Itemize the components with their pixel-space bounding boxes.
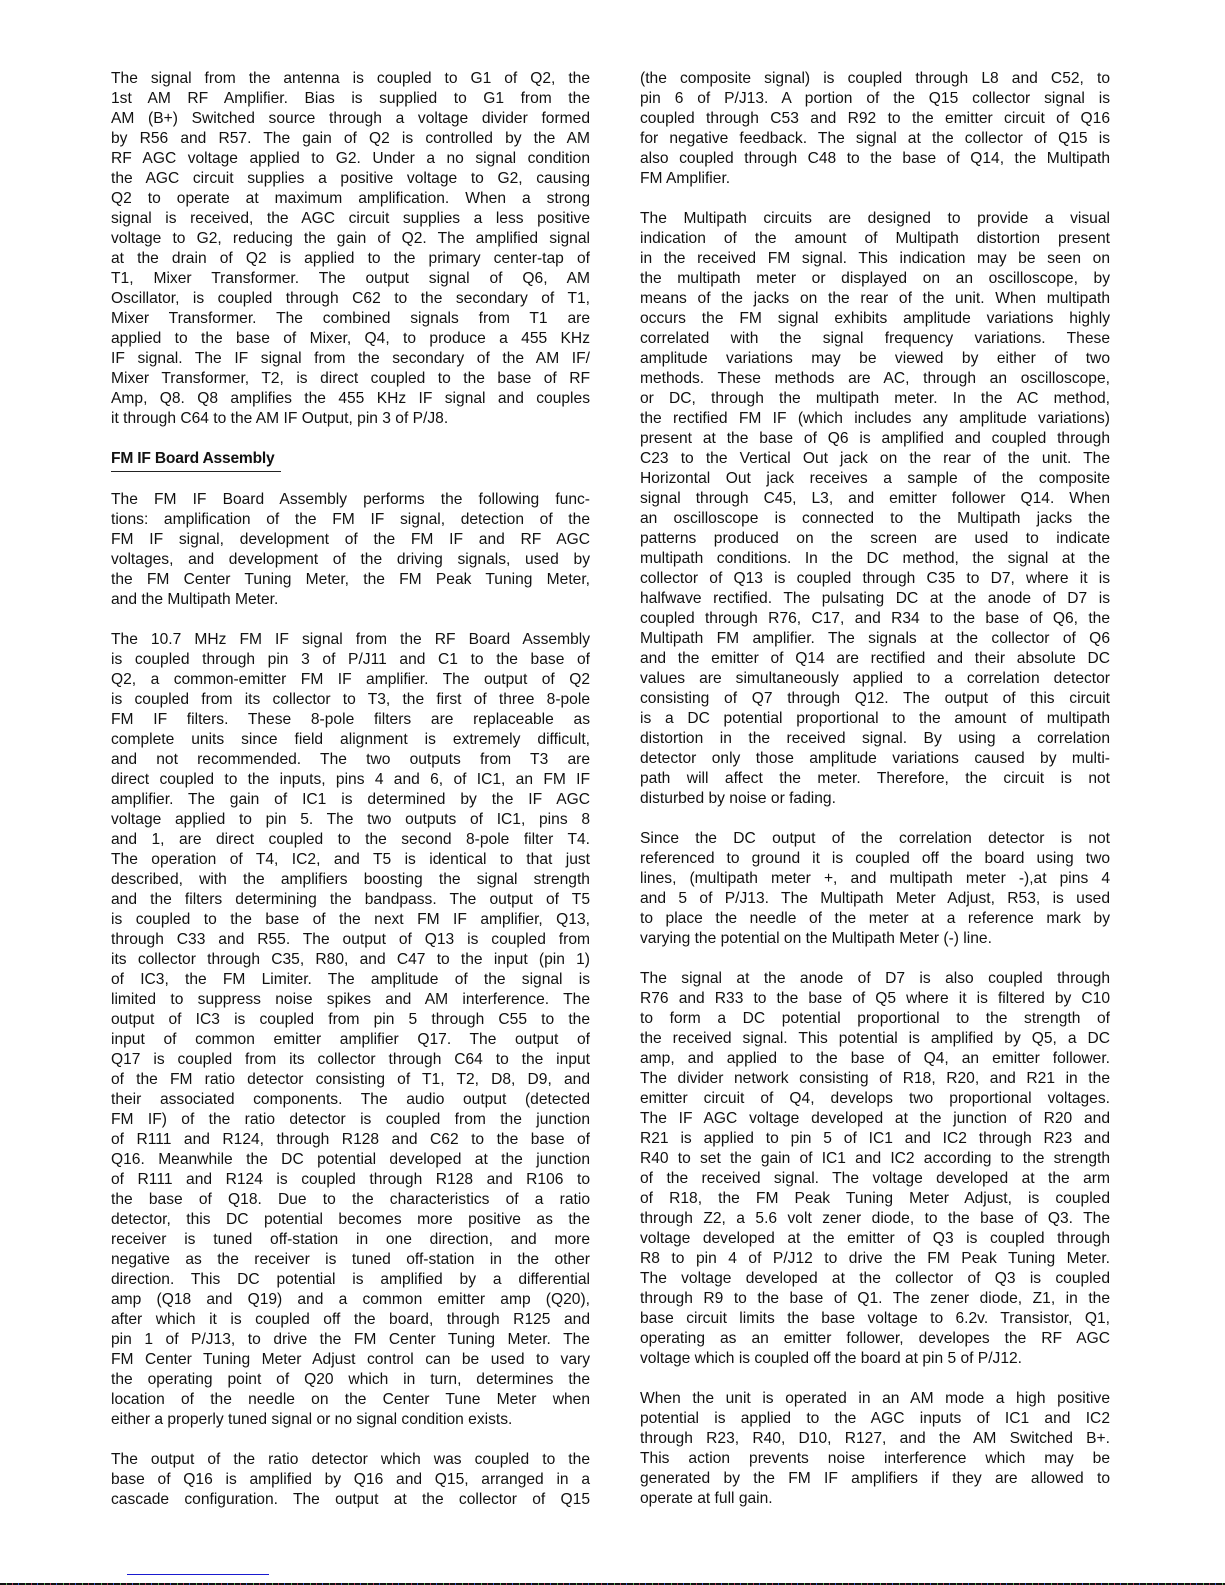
text-line: base circuit limits the base voltage to …	[640, 1309, 1110, 1329]
text-line: their associated components. The audio o…	[111, 1090, 590, 1110]
text-line: Since the DC output of the correlation d…	[640, 829, 1110, 849]
text-line: direct coupled to the inputs, pins 4 and…	[111, 770, 590, 790]
text-line: and not recommended. The two outputs fro…	[111, 750, 590, 770]
text-line: also coupled through C48 to the base of …	[640, 149, 1110, 169]
text-line: of R18, the FM Peak Tuning Meter Adjust,…	[640, 1189, 1110, 1209]
text-line: the multipath meter or displayed on an o…	[640, 269, 1110, 289]
text-line: occurs the FM signal exhibits amplitude …	[640, 309, 1110, 329]
text-line: after which it is coupled off the board,…	[111, 1310, 590, 1330]
text-line: 1st AM RF Amplifier. Bias is supplied to…	[111, 89, 590, 109]
text-line: of the FM ratio detector consisting of T…	[111, 1070, 590, 1090]
text-line: described, with the amplifiers boosting …	[111, 870, 590, 890]
text-line: The signal from the antenna is coupled t…	[111, 69, 590, 89]
text-line: voltage which is coupled off the board a…	[640, 1349, 1110, 1369]
text-line: present at the base of Q6 is amplified a…	[640, 429, 1110, 449]
text-line: of R111 and R124, through R128 and C62 t…	[111, 1130, 590, 1150]
text-line: T1, Mixer Transformer. The output signal…	[111, 269, 590, 289]
text-line: voltages, and development of the driving…	[111, 550, 590, 570]
text-line: through R23, R40, D10, R127, and the AM …	[640, 1429, 1110, 1449]
text-line: of the received signal. The voltage deve…	[640, 1169, 1110, 1189]
text-line: is coupled through pin 3 of P/J11 and C1…	[111, 650, 590, 670]
text-line: to place the needle of the meter at a re…	[640, 909, 1110, 929]
section-heading: FM IF Board Assembly	[111, 449, 281, 472]
text-line: emitter circuit of Q4, develops two prop…	[640, 1089, 1110, 1109]
text-line: This action prevents noise interference …	[640, 1449, 1110, 1469]
text-line: The Multipath circuits are designed to p…	[640, 209, 1110, 229]
text-line: coupled through R76, C17, and R34 to the…	[640, 609, 1110, 629]
text-line: the received signal. This potential is a…	[640, 1029, 1110, 1049]
text-line: the operating point of Q20 which in turn…	[111, 1370, 590, 1390]
text-line: to form a DC potential proportional to t…	[640, 1009, 1110, 1029]
left-text-column: The signal from the antenna is coupled t…	[111, 69, 590, 1530]
text-line: the FM Center Tuning Meter, the FM Peak …	[111, 570, 590, 590]
text-line: it through C64 to the AM IF Output, pin …	[111, 409, 590, 429]
paragraph: Since the DC output of the correlation d…	[640, 829, 1110, 949]
text-line: The 10.7 MHz FM IF signal from the RF Bo…	[111, 630, 590, 650]
text-line: through R9 to the base of Q1. The zener …	[640, 1289, 1110, 1309]
text-line: Mixer Transformer. The combined signals …	[111, 309, 590, 329]
text-line: amp, and applied to the base of Q4, an e…	[640, 1049, 1110, 1069]
paragraph: The FM IF Board Assembly performs the fo…	[111, 490, 590, 610]
text-line: and the filters determining the bandpass…	[111, 890, 590, 910]
footer-link-underline[interactable]	[127, 1574, 269, 1575]
text-line: Q2, a common-emitter FM IF amplifier. Th…	[111, 670, 590, 690]
text-line: FM Amplifier.	[640, 169, 1110, 189]
text-line: input of common emitter amplifier Q17. T…	[111, 1030, 590, 1050]
text-line: for negative feedback. The signal at the…	[640, 129, 1110, 149]
text-line: tions: amplification of the FM IF signal…	[111, 510, 590, 530]
text-line: collector of Q13 is coupled through C35 …	[640, 569, 1110, 589]
text-line: FM Center Tuning Meter Adjust control ca…	[111, 1350, 590, 1370]
text-line: voltage to G2, reducing the gain of Q2. …	[111, 229, 590, 249]
text-line: the base of Q18. Due to the characterist…	[111, 1190, 590, 1210]
text-line: Amp, Q8. Q8 amplifies the 455 KHz IF sig…	[111, 389, 590, 409]
text-line: pin 6 of P/J13. A portion of the Q15 col…	[640, 89, 1110, 109]
text-line: Q16. Meanwhile the DC potential develope…	[111, 1150, 590, 1170]
text-line: coupled through C53 and R92 to the emitt…	[640, 109, 1110, 129]
text-line: path will affect the meter. Therefore, t…	[640, 769, 1110, 789]
paragraph: The 10.7 MHz FM IF signal from the RF Bo…	[111, 630, 590, 1430]
text-line: The voltage developed at the collector o…	[640, 1269, 1110, 1289]
text-line: FM IF filters. These 8-pole filters are …	[111, 710, 590, 730]
text-line: and the emitter of Q14 are rectified and…	[640, 649, 1110, 669]
text-line: The IF AGC voltage developed at the junc…	[640, 1109, 1110, 1129]
text-line: is a DC potential proportional to the am…	[640, 709, 1110, 729]
text-line: output of IC3 is coupled from pin 5 thro…	[111, 1010, 590, 1030]
text-line: of R111 and R124 is coupled through R128…	[111, 1170, 590, 1190]
text-line: halfwave rectified. The pulsating DC at …	[640, 589, 1110, 609]
text-line: through C33 and R55. The output of Q13 i…	[111, 930, 590, 950]
text-line: direction. This DC potential is amplifie…	[111, 1270, 590, 1290]
text-line: indication of the amount of Multipath di…	[640, 229, 1110, 249]
text-line: or DC, through the multipath meter. In t…	[640, 389, 1110, 409]
text-line: The signal at the anode of D7 is also co…	[640, 969, 1110, 989]
text-line: (the composite signal) is coupled throug…	[640, 69, 1110, 89]
document-page: The signal from the antenna is coupled t…	[0, 0, 1225, 1585]
text-line: RF AGC voltage applied to G2. Under a no…	[111, 149, 590, 169]
text-line: values are simultaneously applied to a c…	[640, 669, 1110, 689]
text-line: correlated with the signal frequency var…	[640, 329, 1110, 349]
text-line: detector, this DC potential becomes more…	[111, 1210, 590, 1230]
text-line: FM IF) of the ratio detector is coupled …	[111, 1110, 590, 1130]
text-line: and 5 of P/J13. The Multipath Meter Adju…	[640, 889, 1110, 909]
text-line: of IC3, the FM Limiter. The amplitude of…	[111, 970, 590, 990]
text-line: voltage applied to pin 5. The two output…	[111, 810, 590, 830]
text-line: amplifier. The gain of IC1 is determined…	[111, 790, 590, 810]
text-line: multipath conditions. In the DC method, …	[640, 549, 1110, 569]
text-line: lines, (multipath meter +, and multipath…	[640, 869, 1110, 889]
text-line: negative as the receiver is tuned off-st…	[111, 1250, 590, 1270]
text-line: The FM IF Board Assembly performs the fo…	[111, 490, 590, 510]
text-line: FM IF signal, development of the FM IF a…	[111, 530, 590, 550]
text-line: pin 1 of P/J13, to drive the FM Center T…	[111, 1330, 590, 1350]
paragraph: The output of the ratio detector which w…	[111, 1450, 590, 1510]
text-line: methods. These methods are AC, through a…	[640, 369, 1110, 389]
text-line: potential is applied to the AGC inputs o…	[640, 1409, 1110, 1429]
text-line: its collector through C35, R80, and C47 …	[111, 950, 590, 970]
text-line: IF signal. The IF signal from the second…	[111, 349, 590, 369]
text-line: is coupled from its collector to T3, the…	[111, 690, 590, 710]
text-line: and the Multipath Meter.	[111, 590, 590, 610]
text-line: by R56 and R57. The gain of Q2 is contro…	[111, 129, 590, 149]
text-line: The output of the ratio detector which w…	[111, 1450, 590, 1470]
text-line: Q2 to operate at maximum amplification. …	[111, 189, 590, 209]
text-line: distortion in the received signal. By us…	[640, 729, 1110, 749]
text-line: detector only those amplitude variations…	[640, 749, 1110, 769]
text-line: is coupled to the base of the next FM IF…	[111, 910, 590, 930]
text-line: R8 to pin 4 of P/J12 to drive the FM Pea…	[640, 1249, 1110, 1269]
text-line: Mixer Transformer, T2, is direct coupled…	[111, 369, 590, 389]
text-line: operating as an emitter follower, develo…	[640, 1329, 1110, 1349]
text-line: C23 to the Vertical Out jack on the rear…	[640, 449, 1110, 469]
text-line: base of Q16 is amplified by Q16 and Q15,…	[111, 1470, 590, 1490]
text-line: varying the potential on the Multipath M…	[640, 929, 1110, 949]
text-line: disturbed by noise or fading.	[640, 789, 1110, 809]
text-line: The operation of T4, IC2, and T5 is iden…	[111, 850, 590, 870]
text-line: applied to the base of Mixer, Q4, to pro…	[111, 329, 590, 349]
text-line: R76 and R33 to the base of Q5 where it i…	[640, 989, 1110, 1009]
text-line: location of the needle on the Center Tun…	[111, 1390, 590, 1410]
text-line: the AGC circuit supplies a positive volt…	[111, 169, 590, 189]
text-line: the rectified FM IF (which includes any …	[640, 409, 1110, 429]
text-line: receiver is tuned off-station in one dir…	[111, 1230, 590, 1250]
text-line: in the received FM signal. This indicati…	[640, 249, 1110, 269]
text-line: signal is received, the AGC circuit supp…	[111, 209, 590, 229]
text-line: an oscilloscope is connected to the Mult…	[640, 509, 1110, 529]
text-line: at the drain of Q2 is applied to the pri…	[111, 249, 590, 269]
text-line: Horizontal Out jack receives a sample of…	[640, 469, 1110, 489]
paragraph: (the composite signal) is coupled throug…	[640, 69, 1110, 189]
text-line: complete units since field alignment is …	[111, 730, 590, 750]
text-line: consisting of Q7 through Q12. The output…	[640, 689, 1110, 709]
text-line: voltage developed at the emitter of Q3 i…	[640, 1229, 1110, 1249]
text-line: referenced to ground it is coupled off t…	[640, 849, 1110, 869]
text-line: either a properly tuned signal or no sig…	[111, 1410, 590, 1430]
right-text-column: (the composite signal) is coupled throug…	[640, 69, 1110, 1529]
text-line: means of the jacks on the rear of the un…	[640, 289, 1110, 309]
paragraph: The signal at the anode of D7 is also co…	[640, 969, 1110, 1369]
text-line: limited to suppress noise spikes and AM …	[111, 990, 590, 1010]
paragraph: When the unit is operated in an AM mode …	[640, 1389, 1110, 1509]
text-line: signal through C45, L3, and emitter foll…	[640, 489, 1110, 509]
text-line: amplitude variations may be viewed by ei…	[640, 349, 1110, 369]
text-line: cascade configuration. The output at the…	[111, 1490, 590, 1510]
text-line: operate at full gain.	[640, 1489, 1110, 1509]
text-line: Oscillator, is coupled through C62 to th…	[111, 289, 590, 309]
text-line: patterns produced on the screen are used…	[640, 529, 1110, 549]
text-line: through Z2, a 5.6 volt zener diode, to t…	[640, 1209, 1110, 1229]
text-line: The divider network consisting of R18, R…	[640, 1069, 1110, 1089]
text-line: amp (Q18 and Q19) and a common emitter a…	[111, 1290, 590, 1310]
text-line: R40 to set the gain of IC1 and IC2 accor…	[640, 1149, 1110, 1169]
text-line: Multipath FM amplifier. The signals at t…	[640, 629, 1110, 649]
text-line: When the unit is operated in an AM mode …	[640, 1389, 1110, 1409]
paragraph: The signal from the antenna is coupled t…	[111, 69, 590, 429]
text-line: Q17 is coupled from its collector throug…	[111, 1050, 590, 1070]
text-line: and 1, are direct coupled to the second …	[111, 830, 590, 850]
paragraph: The Multipath circuits are designed to p…	[640, 209, 1110, 809]
text-line: R21 is applied to pin 5 of IC1 and IC2 t…	[640, 1129, 1110, 1149]
text-line: generated by the FM IF amplifiers if the…	[640, 1469, 1110, 1489]
text-line: AM (B+) Switched source through a voltag…	[111, 109, 590, 129]
